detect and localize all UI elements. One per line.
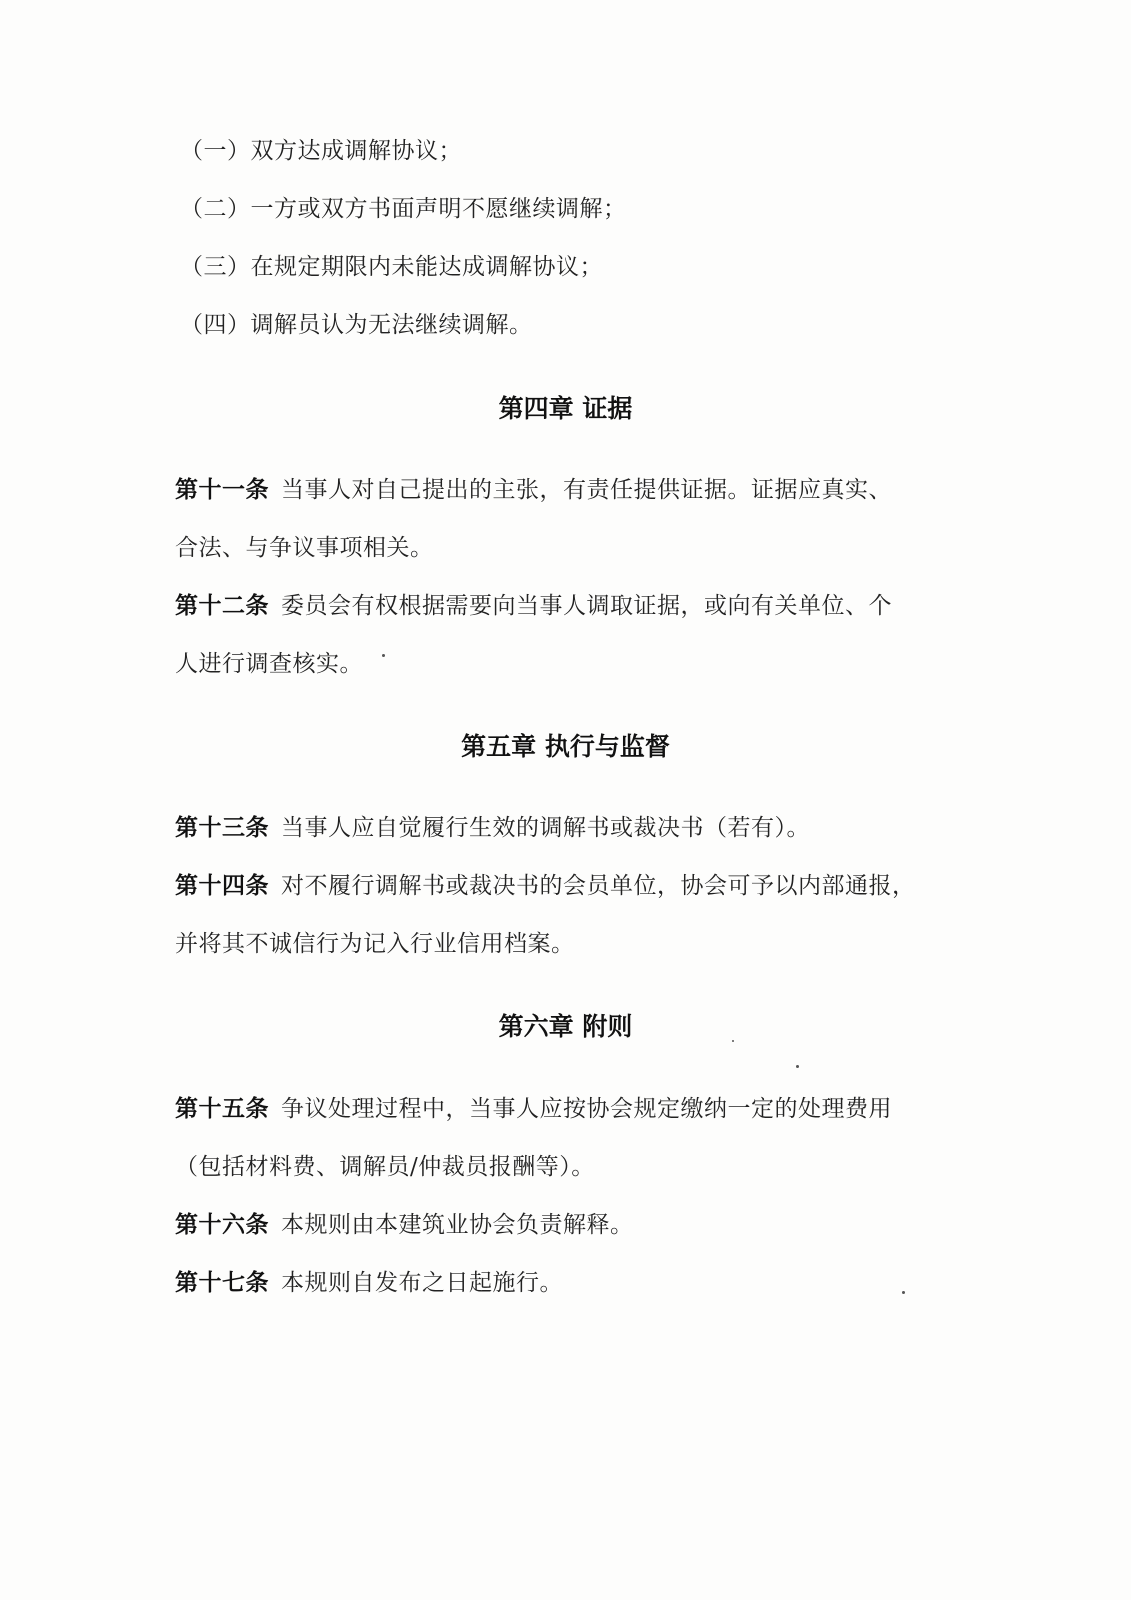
article-12: 第十二条委员会有权根据需要向当事人调取证据，或向有关单位、个 xyxy=(175,591,892,621)
article-number: 第十一条 xyxy=(175,477,269,503)
article-number: 第十七条 xyxy=(175,1270,269,1296)
article-14-cont: 并将其不诚信行为记入行业信用档案。 xyxy=(175,929,575,959)
article-text: 委员会有权根据需要向当事人调取证据，或向有关单位、个 xyxy=(281,593,892,619)
article-text: 当事人应自觉履行生效的调解书或裁决书（若有）。 xyxy=(281,815,810,841)
scan-speck xyxy=(796,1065,799,1068)
article-text: 当事人对自己提出的主张，有责任提供证据。证据应真实、 xyxy=(281,477,892,503)
scan-speck xyxy=(382,654,385,657)
list-item-4: （四）调解员认为无法继续调解。 xyxy=(180,310,533,340)
article-text: 本规则自发布之日起施行。 xyxy=(281,1270,563,1296)
list-item-3: （三）在规定期限内未能达成调解协议； xyxy=(180,252,603,282)
list-item-1: （一）双方达成调解协议； xyxy=(180,136,462,166)
article-text: 对不履行调解书或裁决书的会员单位，协会可予以内部通报， xyxy=(281,873,916,899)
article-12-cont: 人进行调查核实。 xyxy=(175,649,363,679)
chapter-6-heading: 第六章 附则 xyxy=(0,1011,1131,1043)
article-text: 争议处理过程中，当事人应按协会规定缴纳一定的处理费用 xyxy=(281,1096,892,1122)
article-17: 第十七条本规则自发布之日起施行。 xyxy=(175,1268,563,1298)
article-number: 第十三条 xyxy=(175,815,269,841)
article-14: 第十四条对不履行调解书或裁决书的会员单位，协会可予以内部通报， xyxy=(175,871,916,901)
article-16: 第十六条本规则由本建筑业协会负责解释。 xyxy=(175,1210,634,1240)
scan-speck xyxy=(732,1040,734,1042)
document-page: （一）双方达成调解协议； （二）一方或双方书面声明不愿继续调解； （三）在规定期… xyxy=(0,0,1131,1600)
list-item-2: （二）一方或双方书面声明不愿继续调解； xyxy=(180,194,627,224)
article-number: 第十五条 xyxy=(175,1096,269,1122)
article-11: 第十一条当事人对自己提出的主张，有责任提供证据。证据应真实、 xyxy=(175,475,892,505)
chapter-5-heading: 第五章 执行与监督 xyxy=(0,731,1131,763)
article-number: 第十四条 xyxy=(175,873,269,899)
article-11-cont: 合法、与争议事项相关。 xyxy=(175,533,434,563)
article-15-cont: （包括材料费、调解员/仲裁员报酬等）。 xyxy=(175,1152,595,1182)
article-number: 第十六条 xyxy=(175,1212,269,1238)
chapter-4-heading: 第四章 证据 xyxy=(0,393,1131,425)
article-15: 第十五条争议处理过程中，当事人应按协会规定缴纳一定的处理费用 xyxy=(175,1094,892,1124)
scan-speck xyxy=(902,1291,905,1294)
article-text: 本规则由本建筑业协会负责解释。 xyxy=(281,1212,634,1238)
article-number: 第十二条 xyxy=(175,593,269,619)
article-13: 第十三条当事人应自觉履行生效的调解书或裁决书（若有）。 xyxy=(175,813,810,843)
